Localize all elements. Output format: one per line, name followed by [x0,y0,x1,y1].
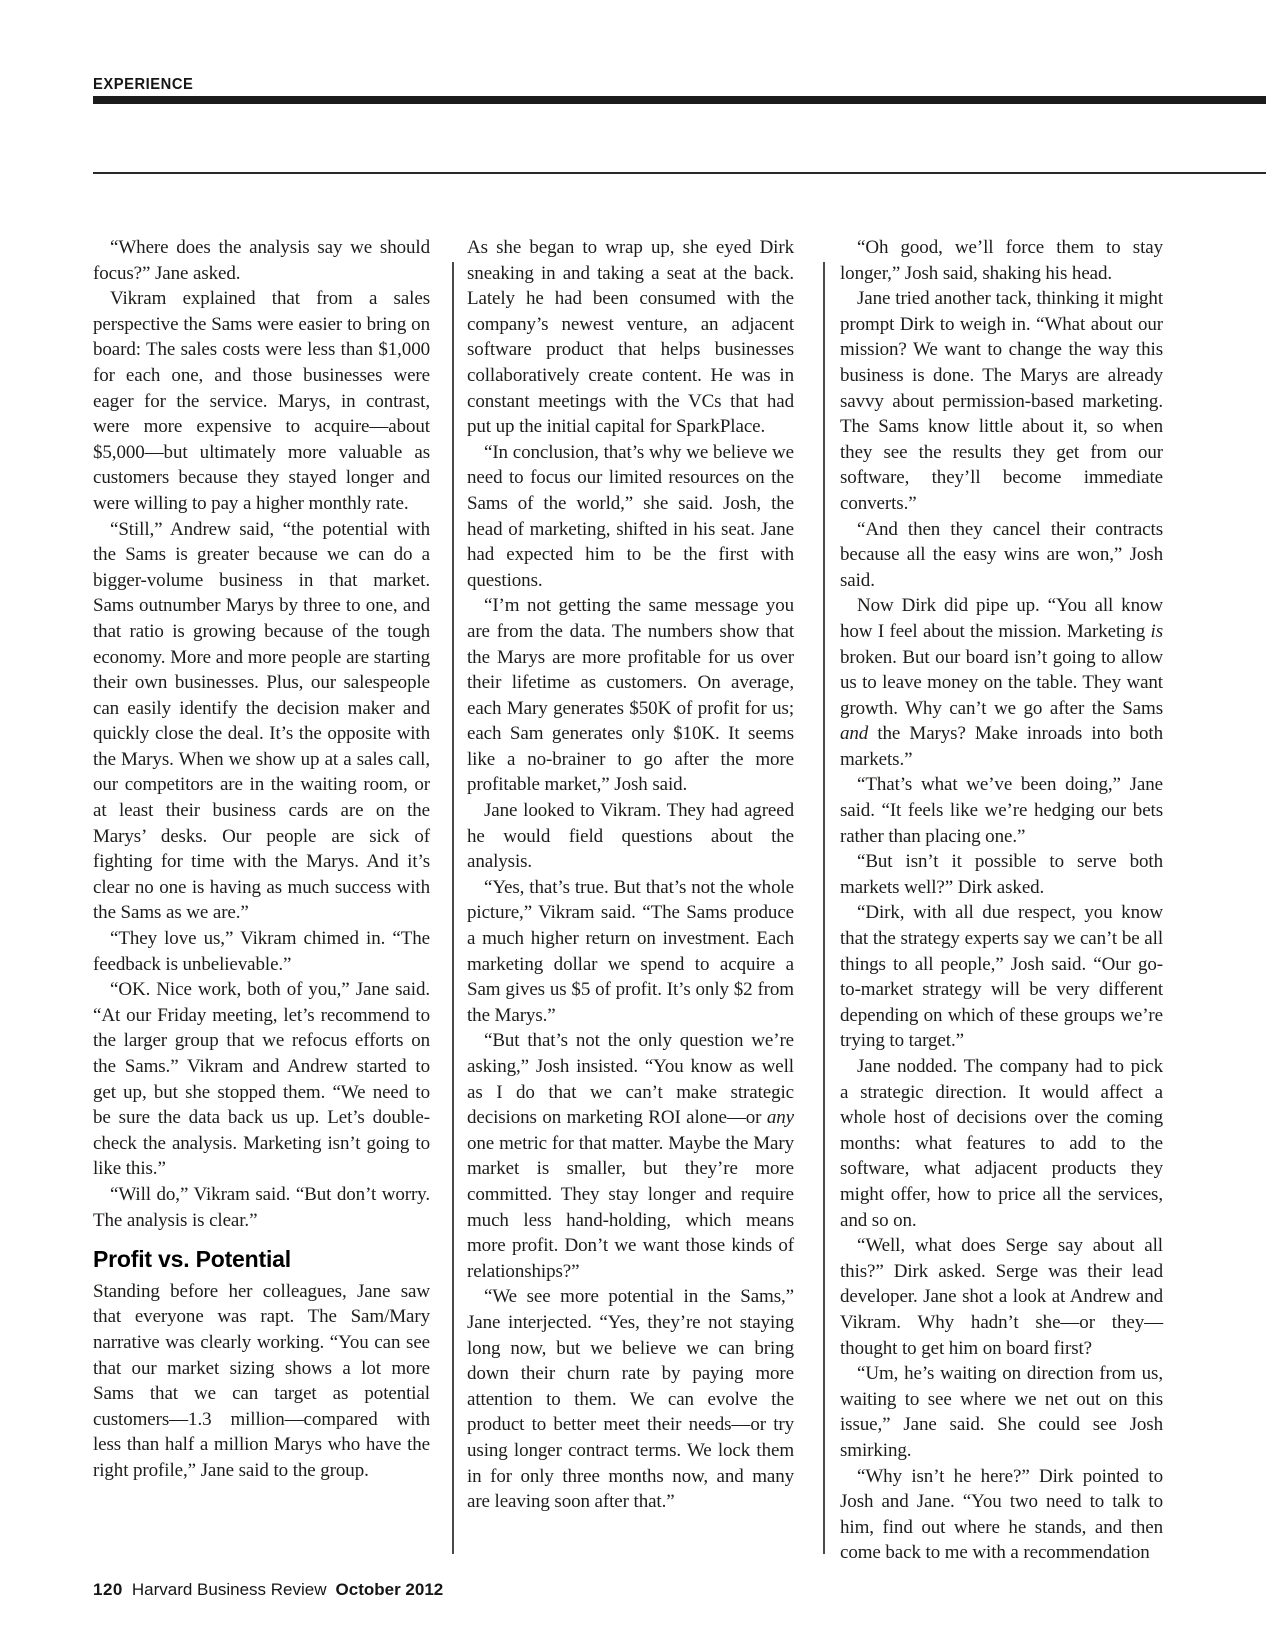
body-paragraph: “In conclusion, that’s why we believe we… [467,440,794,594]
body-paragraph: Vikram explained that from a sales persp… [93,286,430,516]
body-paragraph: Standing before her colleagues, Jane saw… [93,1279,430,1484]
body-paragraph: “But that’s not the only question we’re … [467,1028,794,1284]
italic-emphasis: is [1151,621,1163,642]
magazine-page: EXPERIENCE “Where does the analysis say … [0,0,1275,1650]
body-paragraph: “And then they cancel their contracts be… [840,517,1163,594]
column-divider-2 [823,262,825,1554]
body-paragraph: “That’s what we’ve been doing,” Jane sai… [840,772,1163,849]
body-paragraph: “Oh good, we’ll force them to stay longe… [840,235,1163,286]
body-paragraph: “OK. Nice work, both of you,” Jane said.… [93,977,430,1182]
page-number: 120 [93,1580,123,1600]
body-paragraph: “Where does the analysis say we should f… [93,235,430,286]
section-kicker: EXPERIENCE [93,76,193,94]
body-paragraph: “Dirk, with all due respect, you know th… [840,900,1163,1054]
publication-name: Harvard Business Review [132,1580,327,1600]
body-paragraph: “They love us,” Vikram chimed in. “The f… [93,926,430,977]
text-column-1: “Where does the analysis say we should f… [93,235,430,1484]
section-heading: Profit vs. Potential [93,1247,430,1273]
page-footer: 120 Harvard Business Review October 2012 [93,1580,443,1600]
body-paragraph: As she began to wrap up, she eyed Dirk s… [467,235,794,440]
body-paragraph: “Why isn’t he here?” Dirk pointed to Jos… [840,1464,1163,1566]
italic-emphasis: and [840,723,868,744]
body-paragraph: “Still,” Andrew said, “the potential wit… [93,517,430,927]
body-paragraph: “Well, what does Serge say about all thi… [840,1233,1163,1361]
body-paragraph: Jane looked to Vikram. They had agreed h… [467,798,794,875]
text-column-2: As she began to wrap up, she eyed Dirk s… [467,235,794,1515]
body-paragraph: “But isn’t it possible to serve both mar… [840,849,1163,900]
body-paragraph: Jane nodded. The company had to pick a s… [840,1054,1163,1233]
header-rule-thin [93,172,1266,174]
body-paragraph: Now Dirk did pipe up. “You all know how … [840,593,1163,772]
column-divider-1 [452,262,454,1554]
body-paragraph: “Um, he’s waiting on direction from us, … [840,1361,1163,1463]
body-paragraph: “I’m not getting the same message you ar… [467,593,794,798]
header-rule-thick [93,96,1266,104]
italic-emphasis: any [767,1107,794,1128]
body-paragraph: “Yes, that’s true. But that’s not the wh… [467,875,794,1029]
body-paragraph: “We see more potential in the Sams,” Jan… [467,1284,794,1514]
issue-date: October 2012 [336,1580,444,1600]
body-paragraph: “Will do,” Vikram said. “But don’t worry… [93,1182,430,1233]
body-paragraph: Jane tried another tack, thinking it mig… [840,286,1163,516]
text-column-3: “Oh good, we’ll force them to stay longe… [840,235,1163,1566]
